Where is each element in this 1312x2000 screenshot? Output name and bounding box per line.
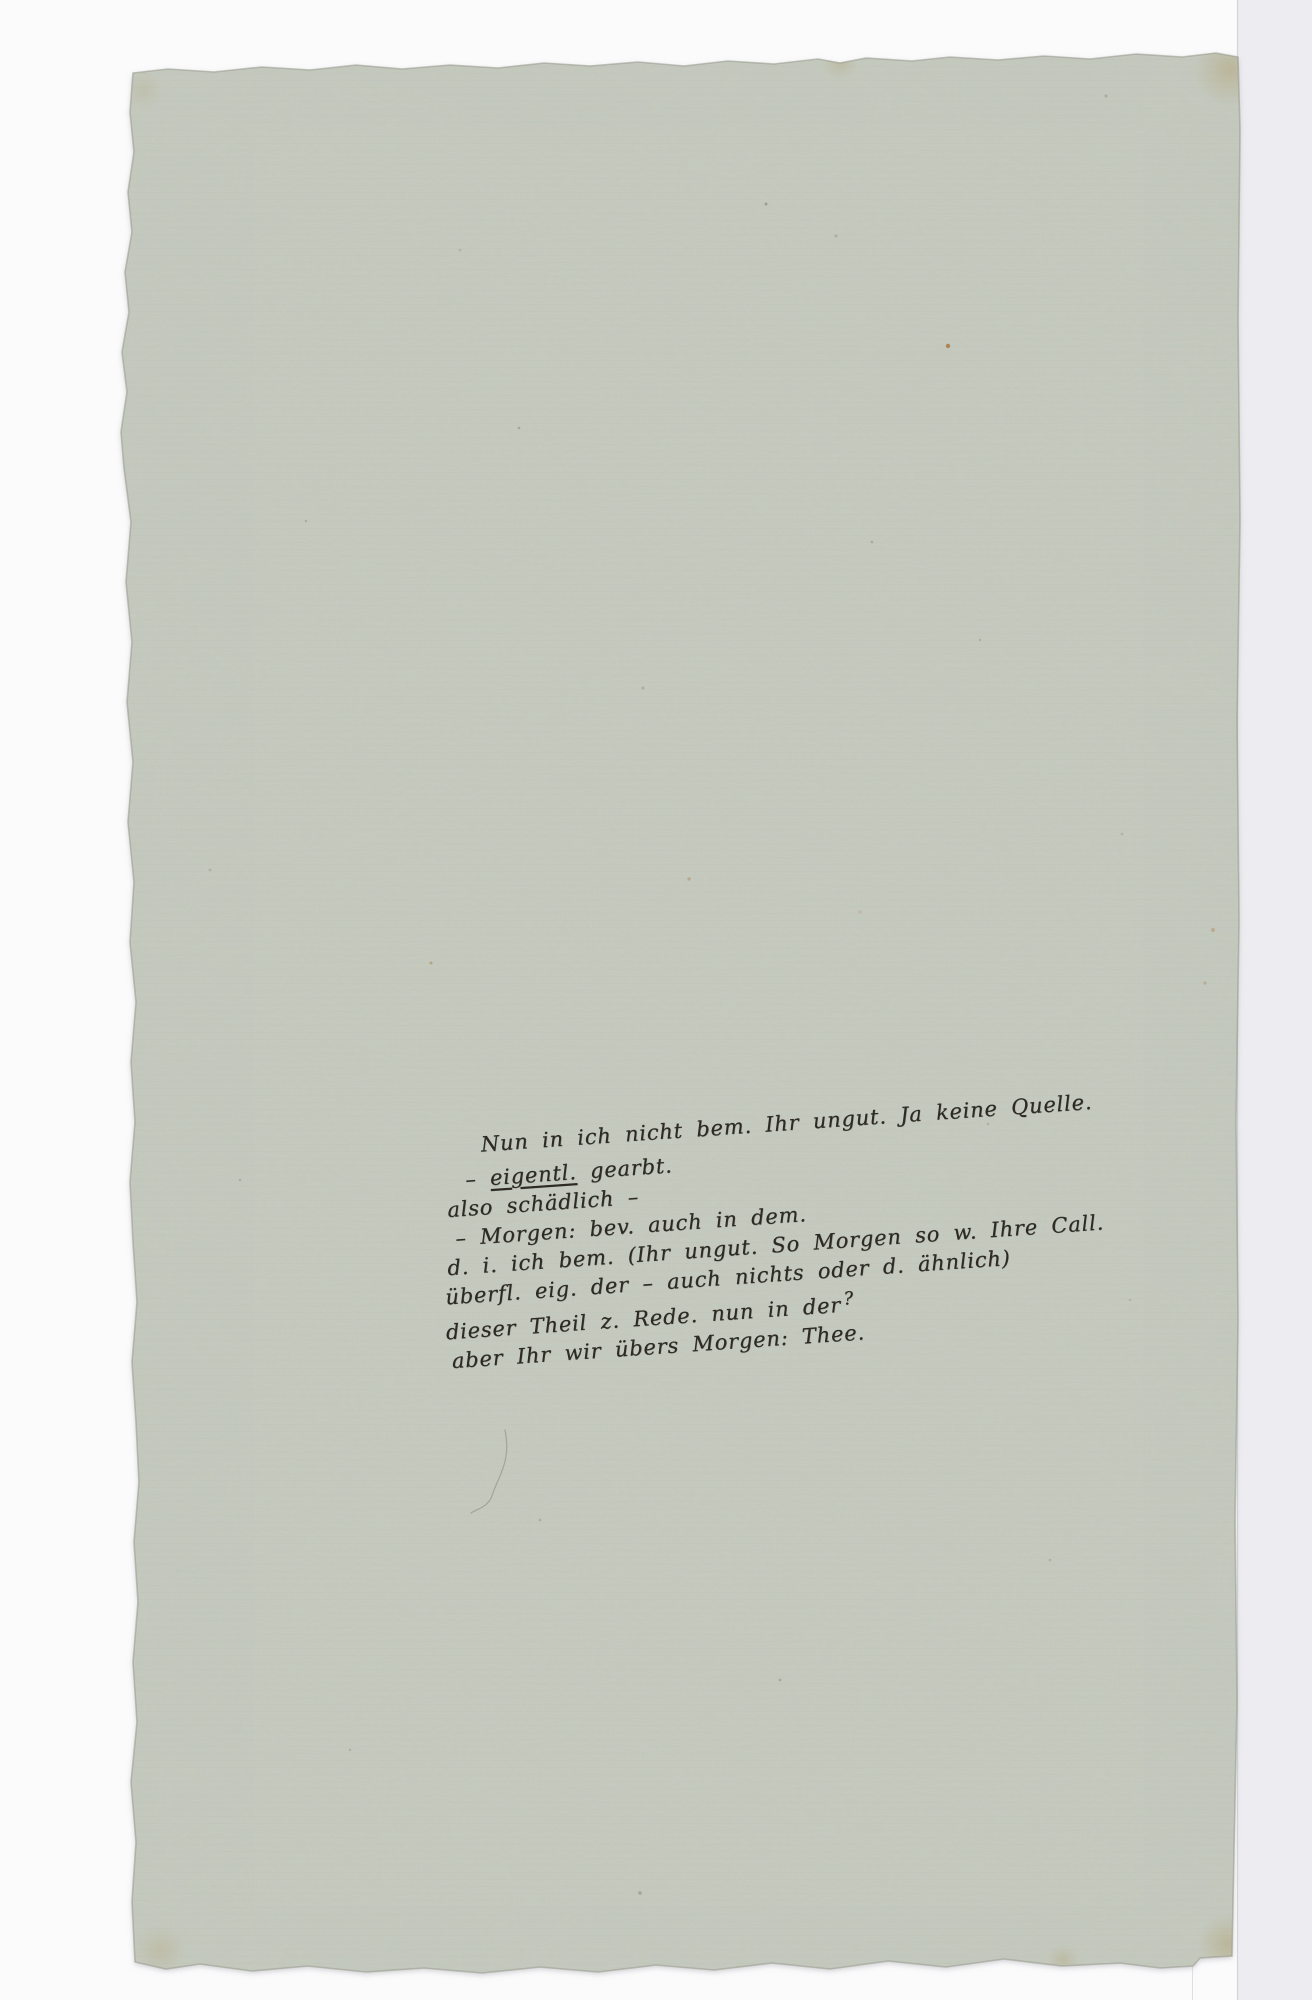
paper-texture: [0, 0, 1312, 2000]
manuscript-line-2-suffix: gearbt.: [576, 1153, 674, 1184]
superscript-question-mark: ?: [843, 1288, 855, 1310]
scanned-document: Nun in ich nicht bem. Ihr ungut. Ja kein…: [0, 0, 1312, 2000]
manuscript-line-2-prefix: –: [464, 1166, 490, 1192]
manuscript-line-2-underlined-word: eigentl.: [489, 1160, 577, 1190]
paper-sheet: [0, 0, 1312, 2000]
